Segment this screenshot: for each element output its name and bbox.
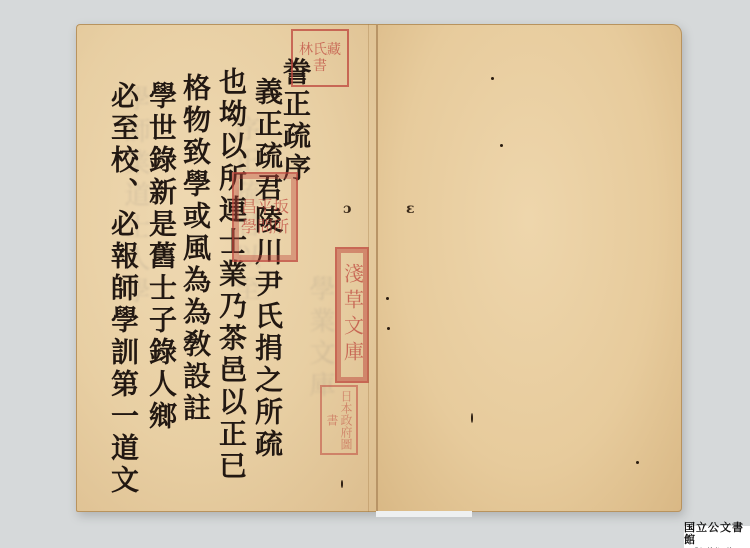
ink-speck bbox=[471, 413, 473, 423]
ink-speck bbox=[341, 480, 343, 488]
ink-mark: ɛ bbox=[406, 201, 415, 217]
ink-speck bbox=[386, 297, 389, 300]
page-fold-line bbox=[368, 24, 369, 512]
watermark-japanese: 国立公文書館 bbox=[684, 522, 750, 546]
seal-top: 林氏藏書 bbox=[291, 29, 349, 87]
right-page: ɛ bbox=[376, 24, 682, 512]
text-column-5: 學世錄新是舊士子錄人鄉 bbox=[145, 81, 177, 433]
spine bbox=[376, 24, 378, 512]
seal-asakusa-bunko: 淺草文庫 bbox=[335, 247, 369, 383]
text-column-3: 也坳以所連士業乃茶邑以正已 bbox=[215, 67, 247, 483]
seal-bottom: 日本政府圖書 bbox=[320, 385, 358, 455]
ink-speck bbox=[387, 327, 390, 330]
text-column-2: 義正疏君陵川尹氏捐之所疏 bbox=[251, 77, 283, 461]
watermark: 国立公文書館 National Archives of Japan bbox=[684, 526, 750, 548]
left-page: 學師業道士人學 序正疏君以至 學業文庫 誊正疏序 義正疏君陵川尹氏捐之所疏 也坳… bbox=[76, 24, 376, 512]
paper-strip bbox=[376, 511, 472, 518]
ink-speck bbox=[636, 461, 639, 464]
ink-speck bbox=[500, 144, 503, 147]
seal-middle: 昌平坂學問所 bbox=[232, 172, 298, 262]
bleed-through-text: 學業文庫 bbox=[302, 275, 339, 403]
ink-speck bbox=[491, 77, 494, 80]
text-column-6: 必至校、必報師學訓第一道文 bbox=[107, 81, 139, 497]
open-book: 學師業道士人學 序正疏君以至 學業文庫 誊正疏序 義正疏君陵川尹氏捐之所疏 也坳… bbox=[76, 24, 682, 512]
ink-mark: ɔ bbox=[343, 201, 352, 217]
text-column-4: 格物致學或風為為敎設註 bbox=[179, 73, 211, 425]
